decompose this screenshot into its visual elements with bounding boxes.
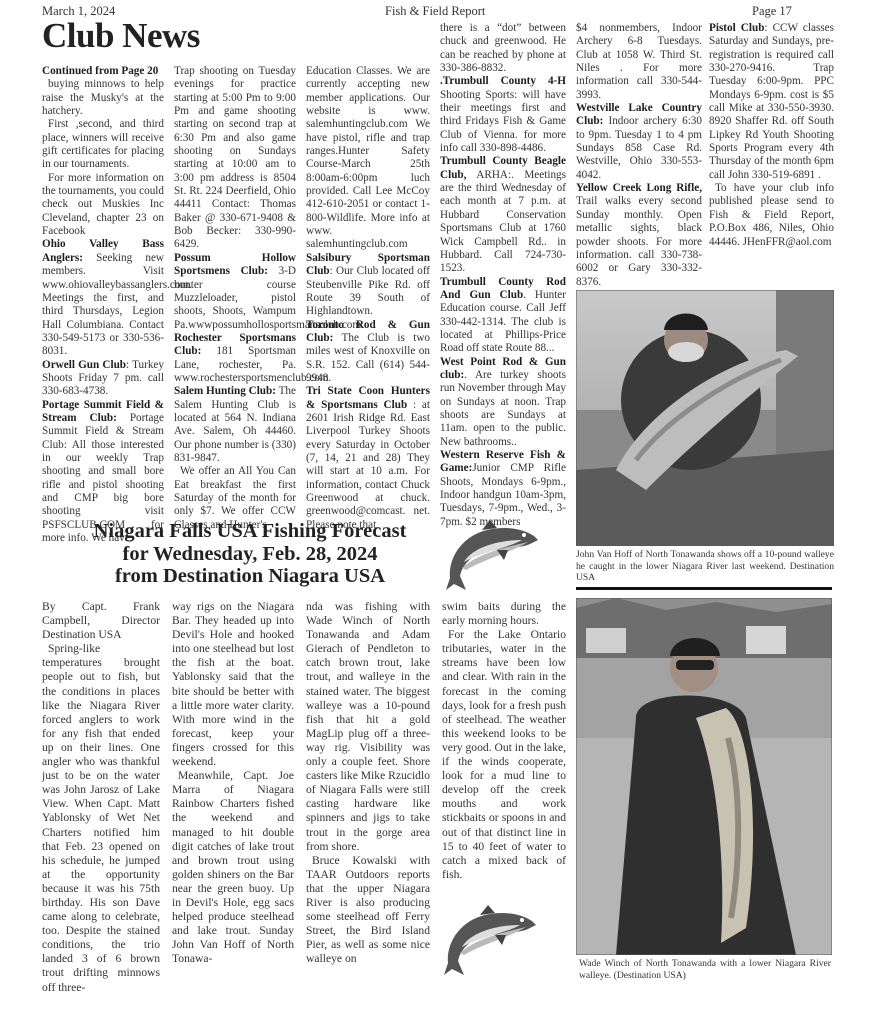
club-listing: Yellow Creek Long Rifle, Trail walks eve… bbox=[576, 182, 702, 289]
club-listing: Possum Hollow Sportsmens Club: 3-D hunte… bbox=[174, 252, 296, 332]
club-name: Tri State Coon Hunters & Sportsmans Club bbox=[306, 385, 430, 410]
club-listing: buying minnows to help raise the Musky's… bbox=[42, 78, 164, 118]
leaping-trout-icon bbox=[440, 900, 540, 980]
club-name: Orwell Gun Club bbox=[42, 359, 126, 371]
club-name: Continued from Page 20 bbox=[42, 65, 158, 77]
photo-wade-winch-walleye bbox=[576, 598, 832, 955]
club-name: Trumbull County Rod And Gun Club bbox=[440, 276, 566, 301]
article-paragraph: nda was fishing with Wade Winch of North… bbox=[306, 600, 430, 854]
photo-caption-2: Wade Winch of North Tonawanda with a low… bbox=[579, 958, 831, 981]
article-column-1: By Capt. Frank Campbell, Director Destin… bbox=[42, 600, 160, 995]
club-name: Portage Summit Field & Stream Club: bbox=[42, 399, 164, 424]
club-name: Western Reserve Fish & Game: bbox=[440, 449, 566, 474]
club-name: Westville Lake Country Club: bbox=[576, 102, 702, 127]
headline-line-1: Niagara Falls USA Fishing Forecast bbox=[60, 520, 440, 543]
club-listing: Westville Lake Country Club: Indoor arch… bbox=[576, 102, 702, 182]
club-listing: First ,second, and third place, winners … bbox=[42, 118, 164, 171]
club-listing: Rochester Sportsmans Club: 181 Sportsman… bbox=[174, 332, 296, 385]
article-paragraph: Meanwhile, Capt. Joe Marra of Niagara Ra… bbox=[172, 769, 294, 966]
club-listing: For more information on the tournaments,… bbox=[42, 172, 164, 239]
club-listing: Continued from Page 20 bbox=[42, 65, 164, 78]
headline-line-2: for Wednesday, Feb. 28, 2024 bbox=[60, 543, 440, 566]
club-name: Yellow Creek Long Rifle, bbox=[576, 182, 702, 194]
club-name: Ohio Valley Bass Anglers: bbox=[42, 238, 164, 263]
club-listing: there is a “dot” between chuck and green… bbox=[440, 22, 566, 75]
club-listing: Ohio Valley Bass Anglers: Seeking new me… bbox=[42, 238, 164, 358]
club-listing: $4 nonmembers, Indoor Archery 6-8 Tuesda… bbox=[576, 22, 702, 102]
article-paragraph: By Capt. Frank Campbell, Director Destin… bbox=[42, 600, 160, 642]
club-news-column-2: Trap shooting on Tuesday evenings for pr… bbox=[174, 65, 296, 532]
photo-caption-1: John Van Hoff of North Tonawanda shows o… bbox=[576, 549, 834, 584]
article-paragraph: Spring-like temperatures brought people … bbox=[42, 642, 160, 994]
club-listing: Trap shooting on Tuesday evenings for pr… bbox=[174, 65, 296, 252]
article-paragraph: way rigs on the Niagara Bar. They headed… bbox=[172, 600, 294, 769]
club-listing: Tri State Coon Hunters & Sportsmans Club… bbox=[306, 385, 430, 532]
article-paragraph: Bruce Kowalski with TAAR Outdoors report… bbox=[306, 854, 430, 967]
club-listing: Orwell Gun Club: Turkey Shoots Friday 7 … bbox=[42, 359, 164, 399]
article-headline: Niagara Falls USA Fishing Forecast for W… bbox=[60, 520, 440, 588]
club-news-column-6: Pistol Club: CCW classes Saturday and Su… bbox=[709, 22, 834, 249]
club-name: Pistol Club bbox=[709, 22, 764, 34]
club-listing: Pistol Club: CCW classes Saturday and Su… bbox=[709, 22, 834, 182]
club-news-column-1: Continued from Page 20buying minnows to … bbox=[42, 65, 164, 545]
photo-john-van-hoff-walleye bbox=[576, 290, 834, 546]
club-listing: Education Classes. We are currently acce… bbox=[306, 65, 430, 252]
club-listing: Toronto Rod & Gun Club: The Club is two … bbox=[306, 319, 430, 386]
club-name: Rochester Sportsmans Club: bbox=[174, 332, 296, 357]
club-listing: To have your club info published please … bbox=[709, 182, 834, 249]
club-news-column-5: $4 nonmembers, Indoor Archery 6-8 Tuesda… bbox=[576, 22, 702, 302]
article-paragraph: swim baits during the early morning hour… bbox=[442, 600, 566, 628]
article-column-2: way rigs on the Niagara Bar. They headed… bbox=[172, 600, 294, 966]
publication-name: Fish & Field Report bbox=[385, 4, 485, 19]
club-listing: .Trumbull County 4-H Shooting Sports: wi… bbox=[440, 75, 566, 155]
article-paragraph: For the Lake Ontario tributaries, water … bbox=[442, 628, 566, 882]
club-name: Trumbull County Beagle Club, bbox=[440, 155, 566, 180]
club-name: Salem Hunting Club: bbox=[174, 385, 276, 397]
club-news-column-3: Education Classes. We are currently acce… bbox=[306, 65, 430, 532]
headline-line-3: from Destination Niagara USA bbox=[60, 565, 440, 588]
club-name: West Point Rod & Gun club: bbox=[440, 356, 566, 381]
article-column-3: nda was fishing with Wade Winch of North… bbox=[306, 600, 430, 966]
club-news-column-4: there is a “dot” between chuck and green… bbox=[440, 22, 566, 529]
club-listing: Trumbull County Rod And Gun Club. Hunter… bbox=[440, 276, 566, 356]
club-name: Possum Hollow Sportsmens Club: bbox=[174, 252, 296, 277]
club-listing: Trumbull County Beagle Club, ARHA:. Meet… bbox=[440, 155, 566, 275]
club-name: Toronto Rod & Gun Club: bbox=[306, 319, 430, 344]
club-name: Salsibury Sportsman Club bbox=[306, 252, 430, 277]
page-number: Page 17 bbox=[752, 4, 792, 19]
article-column-4: swim baits during the early morning hour… bbox=[442, 600, 566, 882]
club-listing: Salsibury Sportsman Club: Our Club locat… bbox=[306, 252, 430, 319]
club-name: .Trumbull County 4-H bbox=[440, 75, 566, 87]
section-title: Club News bbox=[42, 16, 200, 56]
caption-divider bbox=[576, 587, 832, 590]
leaping-trout-icon bbox=[442, 518, 542, 592]
club-listing: Salem Hunting Club: The Salem Hunting Cl… bbox=[174, 385, 296, 465]
club-listing: West Point Rod & Gun club:. Are turkey s… bbox=[440, 356, 566, 449]
